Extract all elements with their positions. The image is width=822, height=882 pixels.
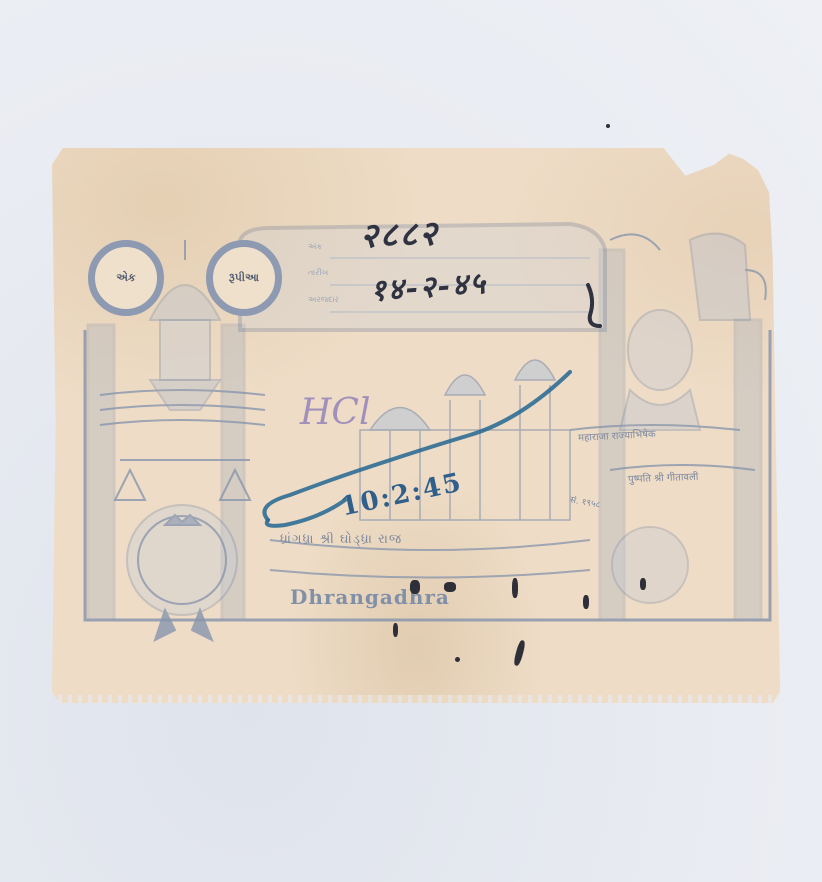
ink-speck <box>410 580 420 594</box>
ink-speck <box>444 582 456 592</box>
denomination-circle-right: રૂપીઆ <box>206 240 282 316</box>
bottom-banner-text: ધ્રાંગધ્રા શ્રી ઘોડ્ધ્રા રાજ <box>280 532 402 547</box>
form-label-number: અંક <box>308 242 322 252</box>
denomination-right-text: રૂપીઆ <box>229 271 259 285</box>
ink-speck <box>640 578 646 590</box>
ink-speck <box>455 657 460 662</box>
denomination-left-text: એક <box>116 271 135 285</box>
denomination-circle-left: એક <box>88 240 164 316</box>
handwritten-number: २८८२ <box>359 209 439 258</box>
ink-speck <box>583 595 589 609</box>
ribbon-name: पुष्पति श्री गीतावली <box>628 469 699 485</box>
violet-initials: HCl <box>300 392 370 433</box>
handwritten-date: १४-२-४५ <box>369 261 488 310</box>
printed-engraving <box>0 0 822 882</box>
form-label-date: તારીખ <box>308 268 328 278</box>
form-label-applicant: અરજદાર <box>308 295 339 305</box>
ink-speck <box>606 124 610 128</box>
state-name-print: Dhrangadhra <box>290 585 450 609</box>
ink-speck <box>393 623 398 637</box>
ink-speck <box>512 578 518 598</box>
